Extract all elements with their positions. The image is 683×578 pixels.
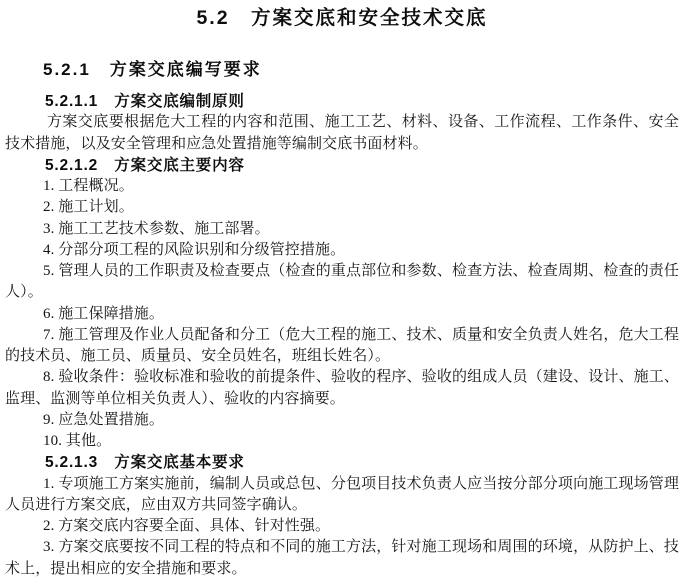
content-item-3: 3. 施工工艺技术参数、施工部署。 bbox=[5, 219, 679, 240]
requirement-item-1: 1. 专项施工方案实施前，编制人员或总包、分包项目技术负责人应当按分部分项向施工… bbox=[5, 474, 679, 517]
requirement-item-2: 2. 方案交底内容要全面、具体、针对性强。 bbox=[5, 516, 679, 537]
content-item-2: 2. 施工计划。 bbox=[5, 197, 679, 218]
paragraph-compilation-principle: 方案交底要根据危大工程的内容和范围、施工工艺、材料、设备、工作流程、工作条件、安… bbox=[5, 112, 679, 155]
content-item-10: 10. 其他。 bbox=[5, 431, 679, 452]
heading-5-2-1: 5.2.1 方案交底编写要求 bbox=[5, 59, 679, 81]
content-item-1: 1. 工程概况。 bbox=[5, 176, 679, 197]
content-item-4: 4. 分部分项工程的风险识别和分级管控措施。 bbox=[5, 240, 679, 261]
heading-5-2-1-2: 5.2.1.2 方案交底主要内容 bbox=[5, 155, 679, 176]
document-page: 5.2 方案交底和安全技术交底 5.2.1 方案交底编写要求 5.2.1.1 方… bbox=[0, 0, 683, 578]
requirement-item-3: 3. 方案交底要按不同工程的特点和不同的施工方法，针对施工现场和周围的环境，从防… bbox=[5, 537, 679, 578]
heading-5-2-1-1: 5.2.1.1 方案交底编制原则 bbox=[5, 91, 679, 112]
content-item-9: 9. 应急处置措施。 bbox=[5, 410, 679, 431]
heading-5-2-1-3: 5.2.1.3 方案交底基本要求 bbox=[5, 452, 679, 473]
content-item-6: 6. 施工保障措施。 bbox=[5, 304, 679, 325]
page-title: 5.2 方案交底和安全技术交底 bbox=[5, 5, 679, 31]
content-item-5: 5. 管理人员的工作职责及检查要点（检查的重点部位和参数、检查方法、检查周期、检… bbox=[5, 261, 679, 304]
content-item-8: 8. 验收条件：验收标准和验收的前提条件、验收的程序、验收的组成人员（建设、设计… bbox=[5, 367, 679, 410]
content-item-7: 7. 施工管理及作业人员配备和分工（危大工程的施工、技术、质量和安全负责人姓名，… bbox=[5, 325, 679, 368]
